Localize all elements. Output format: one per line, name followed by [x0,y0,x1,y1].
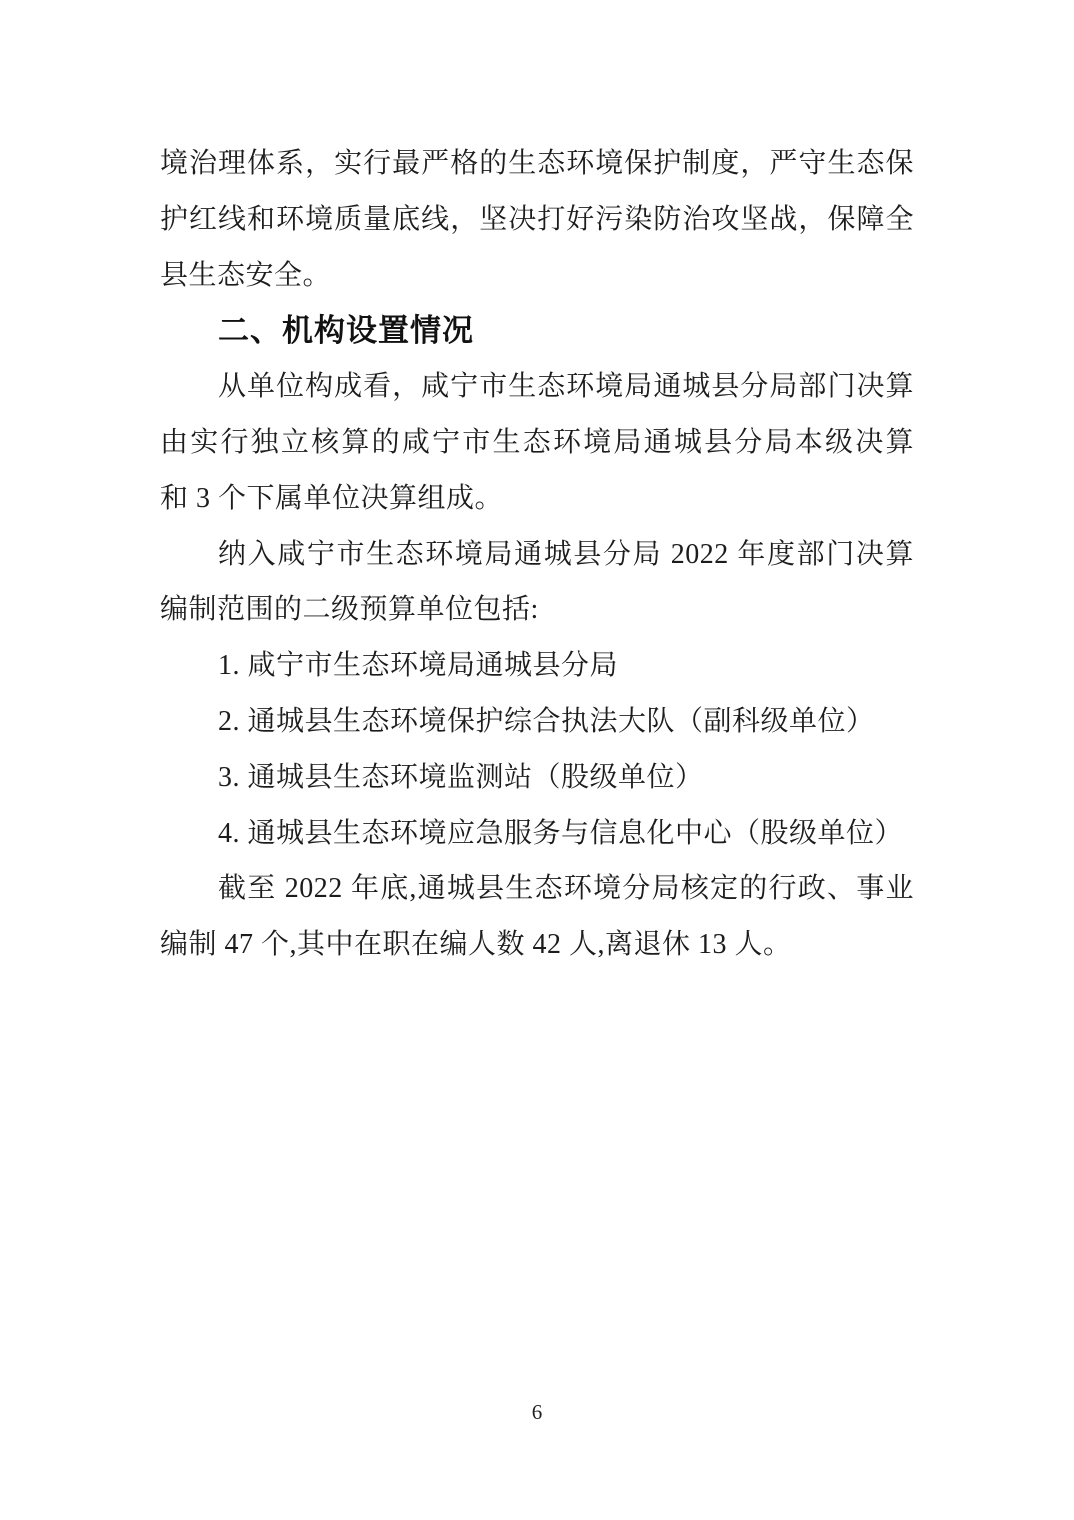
document-content: 境治理体系，实行最严格的生态环境保护制度，严守生态保 护红线和环境质量底线，坚决… [160,136,914,973]
body-line: 纳入咸宁市生态环境局通城县分局 2022 年度部门决算 [160,527,914,583]
body-line: 县生态安全。 [160,248,914,304]
body-line: 境治理体系，实行最严格的生态环境保护制度，严守生态保 [160,136,914,192]
section-heading: 二、机构设置情况 [160,303,914,359]
body-line: 护红线和环境质量底线，坚决打好污染防治攻坚战，保障全 [160,192,914,248]
budget-unit-list-item-4: 4. 通城县生态环境应急服务与信息化中心（股级单位） [160,806,914,862]
body-line: 截至 2022 年底,通城县生态环境分局核定的行政、事业 [160,861,914,917]
page-number: 6 [0,1400,1074,1425]
body-line: 由实行独立核算的咸宁市生态环境局通城县分局本级决算 [160,415,914,471]
body-line: 和 3 个下属单位决算组成。 [160,471,914,527]
budget-unit-list-item-2: 2. 通城县生态环境保护综合执法大队（副科级单位） [160,694,914,750]
document-page: 境治理体系，实行最严格的生态环境保护制度，严守生态保 护红线和环境质量底线，坚决… [0,0,1074,1520]
body-line: 编制 47 个,其中在职在编人数 42 人,离退休 13 人。 [160,917,914,973]
body-line: 编制范围的二级预算单位包括: [160,582,914,638]
budget-unit-list-item-3: 3. 通城县生态环境监测站（股级单位） [160,750,914,806]
budget-unit-list-item-1: 1. 咸宁市生态环境局通城县分局 [160,638,914,694]
body-line: 从单位构成看，咸宁市生态环境局通城县分局部门决算 [160,359,914,415]
